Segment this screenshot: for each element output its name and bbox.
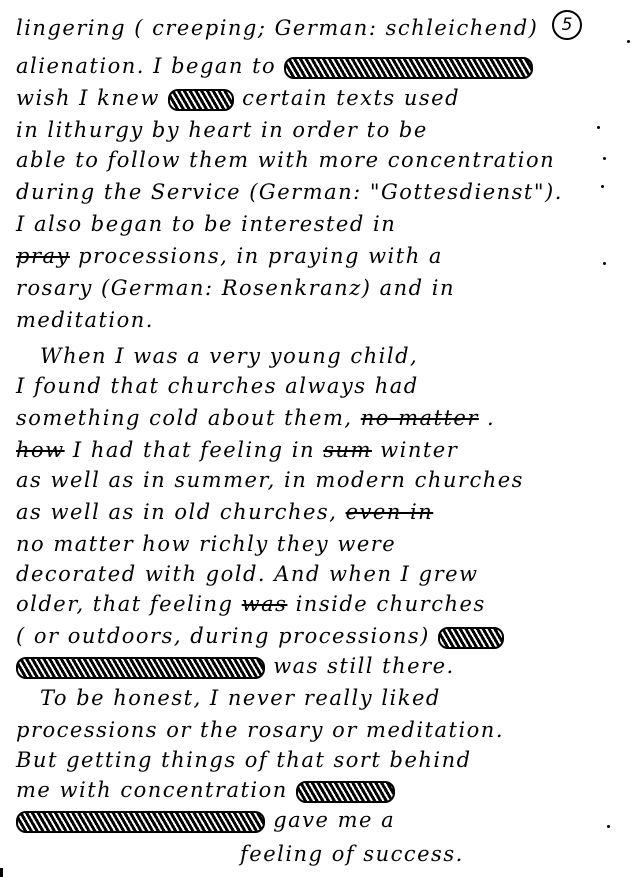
- line-text: feeling of success.: [240, 842, 464, 866]
- line-text: something cold about them,: [16, 406, 361, 430]
- space: [65, 438, 73, 462]
- line-text: .: [487, 406, 495, 430]
- handwritten-line: older, that feeling was inside churches: [16, 590, 486, 618]
- handwritten-line: in lithurgy by heart in order to be: [16, 116, 428, 144]
- page-number-badge: 5: [552, 10, 582, 40]
- handwritten-page: 5 lingering ( creeping; German: schleich…: [0, 0, 638, 877]
- struck-out-word: pray: [16, 244, 70, 268]
- line-text: meditation.: [16, 308, 154, 332]
- handwritten-line: wish I knew certain texts used: [16, 84, 460, 112]
- line-text: I had that feeling in: [73, 438, 315, 462]
- handwritten-line: able to follow them with more concentrat…: [16, 146, 555, 174]
- line-text: processions or the rosary or meditation.: [16, 718, 504, 742]
- line-text: I also began to be interested in: [16, 212, 396, 236]
- space: [70, 244, 78, 268]
- scan-edge-mark: [0, 868, 3, 877]
- line-text: wish I knew: [16, 86, 168, 110]
- line-text: as well as in old churches,: [16, 500, 346, 524]
- struck-out-word: how: [16, 438, 65, 462]
- line-text: alienation. I began to: [16, 54, 284, 78]
- line-text: me with concentration: [16, 778, 296, 802]
- line-text: rosary (German: Rosenkranz) and in: [16, 276, 455, 300]
- handwritten-line: as well as in old churches, even in: [16, 498, 433, 526]
- line-text: older, that feeling: [16, 592, 242, 616]
- handwritten-line: To be honest, I never really liked: [40, 684, 441, 712]
- handwritten-line: alienation. I began to: [16, 52, 533, 80]
- line-text: To be honest, I never really liked: [40, 686, 441, 710]
- line-text: processions, in praying with a: [78, 244, 443, 268]
- handwritten-line: during the Service (German: "Gottesdiens…: [16, 178, 563, 206]
- line-text: winter: [380, 438, 458, 462]
- line-text: decorated with gold. And when I grew: [16, 562, 479, 586]
- scan-speck: [601, 185, 604, 188]
- scribbled-out-word: [16, 811, 265, 833]
- space: [372, 438, 380, 462]
- struck-out-word: no matter: [361, 406, 479, 430]
- line-text: in lithurgy by heart in order to be: [16, 118, 428, 142]
- struck-out-word: was: [242, 592, 288, 616]
- scan-speck: [607, 825, 610, 828]
- space: [265, 654, 273, 678]
- line-text: was still there.: [273, 654, 455, 678]
- scribbled-out-word: [296, 781, 395, 803]
- space: [479, 406, 487, 430]
- scan-speck: [603, 262, 606, 265]
- handwritten-line: no matter how richly they were: [16, 530, 396, 558]
- line-text: lingering ( creeping; German: schleichen…: [16, 16, 538, 40]
- line-text: able to follow them with more concentrat…: [16, 148, 555, 172]
- line-text: certain texts used: [242, 86, 460, 110]
- line-text: I found that churches always had: [16, 374, 419, 398]
- line-text: gave me a: [273, 808, 395, 832]
- handwritten-line: as well as in summer, in modern churches: [16, 466, 524, 494]
- space: [234, 86, 242, 110]
- handwritten-line: processions or the rosary or meditation.: [16, 716, 504, 744]
- line-text: But getting things of that sort behind: [16, 748, 472, 772]
- struck-out-word: even in: [346, 500, 434, 524]
- scribbled-out-word: [16, 657, 265, 679]
- handwritten-line: was still there.: [16, 652, 455, 680]
- handwritten-line: something cold about them, no matter .: [16, 404, 495, 432]
- scan-speck: [603, 157, 606, 160]
- line-text: as well as in summer, in modern churches: [16, 468, 524, 492]
- scan-speck: [627, 40, 630, 43]
- handwritten-line: how I had that feeling in sum winter: [16, 436, 458, 464]
- scribbled-out-word: [284, 57, 533, 79]
- line-text: When I was a very young child,: [40, 344, 418, 368]
- handwritten-line: pray processions, in praying with a: [16, 242, 443, 270]
- handwritten-line: meditation.: [16, 306, 154, 334]
- scan-speck: [597, 126, 600, 129]
- line-text: no matter how richly they were: [16, 532, 396, 556]
- line-text: inside churches: [296, 592, 486, 616]
- handwritten-line: ( or outdoors, during processions): [16, 622, 504, 650]
- scribbled-out-word: [438, 627, 504, 649]
- handwritten-line: When I was a very young child,: [40, 342, 418, 370]
- handwritten-line: decorated with gold. And when I grew: [16, 560, 479, 588]
- space: [265, 808, 273, 832]
- scribbled-out-word: [168, 89, 234, 111]
- handwritten-line: I found that churches always had: [16, 372, 419, 400]
- handwritten-line: rosary (German: Rosenkranz) and in: [16, 274, 455, 302]
- handwritten-line: me with concentration: [16, 776, 395, 804]
- handwritten-line: gave me a: [16, 806, 395, 834]
- handwritten-line: lingering ( creeping; German: schleichen…: [16, 14, 538, 42]
- handwritten-line: I also began to be interested in: [16, 210, 396, 238]
- handwritten-line: But getting things of that sort behind: [16, 746, 472, 774]
- struck-out-word: sum: [323, 438, 372, 462]
- line-text: during the Service (German: "Gottesdiens…: [16, 180, 563, 204]
- line-text: ( or outdoors, during processions): [16, 624, 438, 648]
- space: [315, 438, 323, 462]
- space: [287, 592, 295, 616]
- handwritten-line: feeling of success.: [240, 840, 464, 868]
